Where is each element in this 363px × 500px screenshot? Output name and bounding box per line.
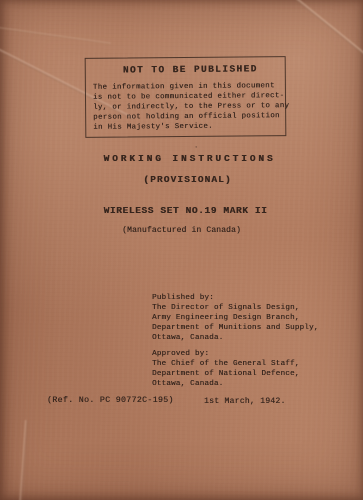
published-by-line: Army Engineering Design Branch, (152, 313, 319, 323)
warning-body: The information given in this document i… (86, 81, 285, 133)
paper-crease (0, 26, 111, 45)
publication-date: 1st March, 1942. (204, 397, 286, 406)
paper-crease (19, 420, 28, 500)
manufacture-note: (Manufactured in Canada) (0, 226, 363, 235)
published-by-line: Department of Munitions and Supply, (152, 323, 319, 333)
paper-crease (291, 0, 363, 66)
book-cover: NOT TO BE PUBLISHED The information give… (0, 0, 363, 500)
provisional-subtitle: (PROVISIONAL) (0, 174, 363, 185)
warning-line: in His Majesty's Service. (93, 121, 285, 133)
print-artifact: ' (194, 146, 198, 154)
published-by-line: The Director of Signals Design, (152, 303, 319, 313)
warning-title: NOT TO BE PUBLISHED (86, 63, 285, 76)
warning-box: NOT TO BE PUBLISHED The information give… (85, 56, 287, 138)
main-title: WORKING INSTRUCTIONS (0, 153, 363, 164)
approved-by-block: Approved by: The Chief of the General St… (152, 349, 299, 389)
set-title: WIRELESS SET NO.19 MARK II (0, 205, 363, 216)
published-by-block: Published by: The Director of Signals De… (152, 293, 319, 343)
published-by-line: Ottawa, Canada. (152, 333, 319, 343)
published-by-heading: Published by: (152, 293, 319, 303)
approved-by-line: Ottawa, Canada. (152, 379, 299, 389)
approved-by-heading: Approved by: (152, 349, 299, 359)
approved-by-line: Department of National Defence, (152, 369, 299, 379)
approved-by-line: The Chief of the General Staff, (152, 359, 299, 369)
reference-number: (Ref. No. PC 90772C-195) (47, 396, 174, 405)
